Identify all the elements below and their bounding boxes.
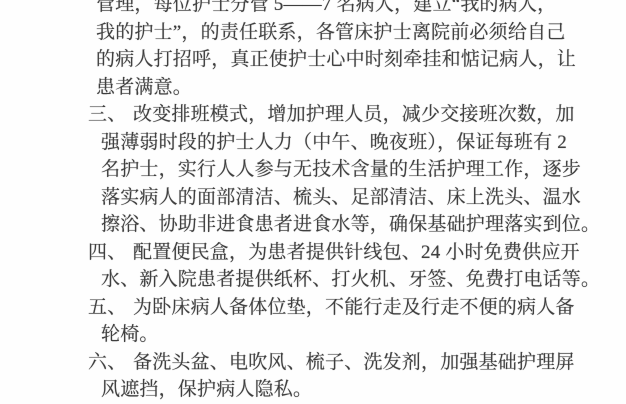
text-line: 备洗头盆、电吹风、梳子、洗发剂，加强基础护理屏 — [101, 349, 620, 377]
text-line: 擦浴、协助非进食患者进食水等，确保基础护理落实到位。 — [101, 211, 620, 239]
text-line: 水、新入院患者提供纸杯、打火机、牙签、免费打电话等。 — [101, 266, 620, 294]
text-line: 为卧床病人备体位垫，不能行走及行走不便的病人备 — [101, 294, 620, 322]
text-line: 管理，每位护士分管 5——7 名病人，建立“我的病人， — [88, 0, 620, 19]
list-item-5: 五、 为卧床病人备体位垫，不能行走及行走不便的病人备 轮椅。 — [88, 294, 620, 349]
text-line: 落实病人的面部清洁、梳头、足部清洁、床上洗头、温水 — [101, 184, 620, 212]
text-line: 配置便民盒，为患者提供针线包、24 小时免费供应开 — [101, 239, 620, 267]
text-line: 改变排班模式，增加护理人员，减少交接班次数，加 — [101, 101, 620, 129]
list-item-6: 六、 备洗头盆、电吹风、梳子、洗发剂，加强基础护理屏 风遮挡，保护病人隐私。 — [88, 349, 620, 387]
text-line: 轮椅。 — [101, 321, 620, 349]
text-line: 强薄弱时段的护士人力（中午、晚夜班），保证每班有 2 — [101, 129, 620, 157]
list-item-marker: 三、 — [88, 101, 126, 129]
list-item-marker: 六、 — [88, 349, 126, 377]
text-line: 我的护士”，的责任联系，各管床护士离院前必须给自己 — [88, 19, 620, 47]
paragraph-continuation: 管理，每位护士分管 5——7 名病人，建立“我的病人， 我的护士”，的责任联系，… — [88, 0, 620, 101]
list-item-3: 三、 改变排班模式，增加护理人员，减少交接班次数，加 强薄弱时段的护士人力（中午… — [88, 101, 620, 239]
list-item-4: 四、 配置便民盒，为患者提供针线包、24 小时免费供应开 水、新入院患者提供纸杯… — [88, 239, 620, 294]
list-item-marker: 四、 — [88, 239, 126, 267]
text-line: 风遮挡，保护病人隐私。 — [101, 376, 620, 386]
document-page: 管理，每位护士分管 5——7 名病人，建立“我的病人， 我的护士”，的责任联系，… — [88, 0, 620, 386]
text-line: 名护士，实行人人参与无技术含量的生活护理工作，逐步 — [101, 156, 620, 184]
text-line: 患者满意。 — [88, 74, 620, 102]
list-item-marker: 五、 — [88, 294, 126, 322]
text-line: 的病人打招呼，真正使护士心中时刻牵挂和惦记病人，让 — [88, 46, 620, 74]
